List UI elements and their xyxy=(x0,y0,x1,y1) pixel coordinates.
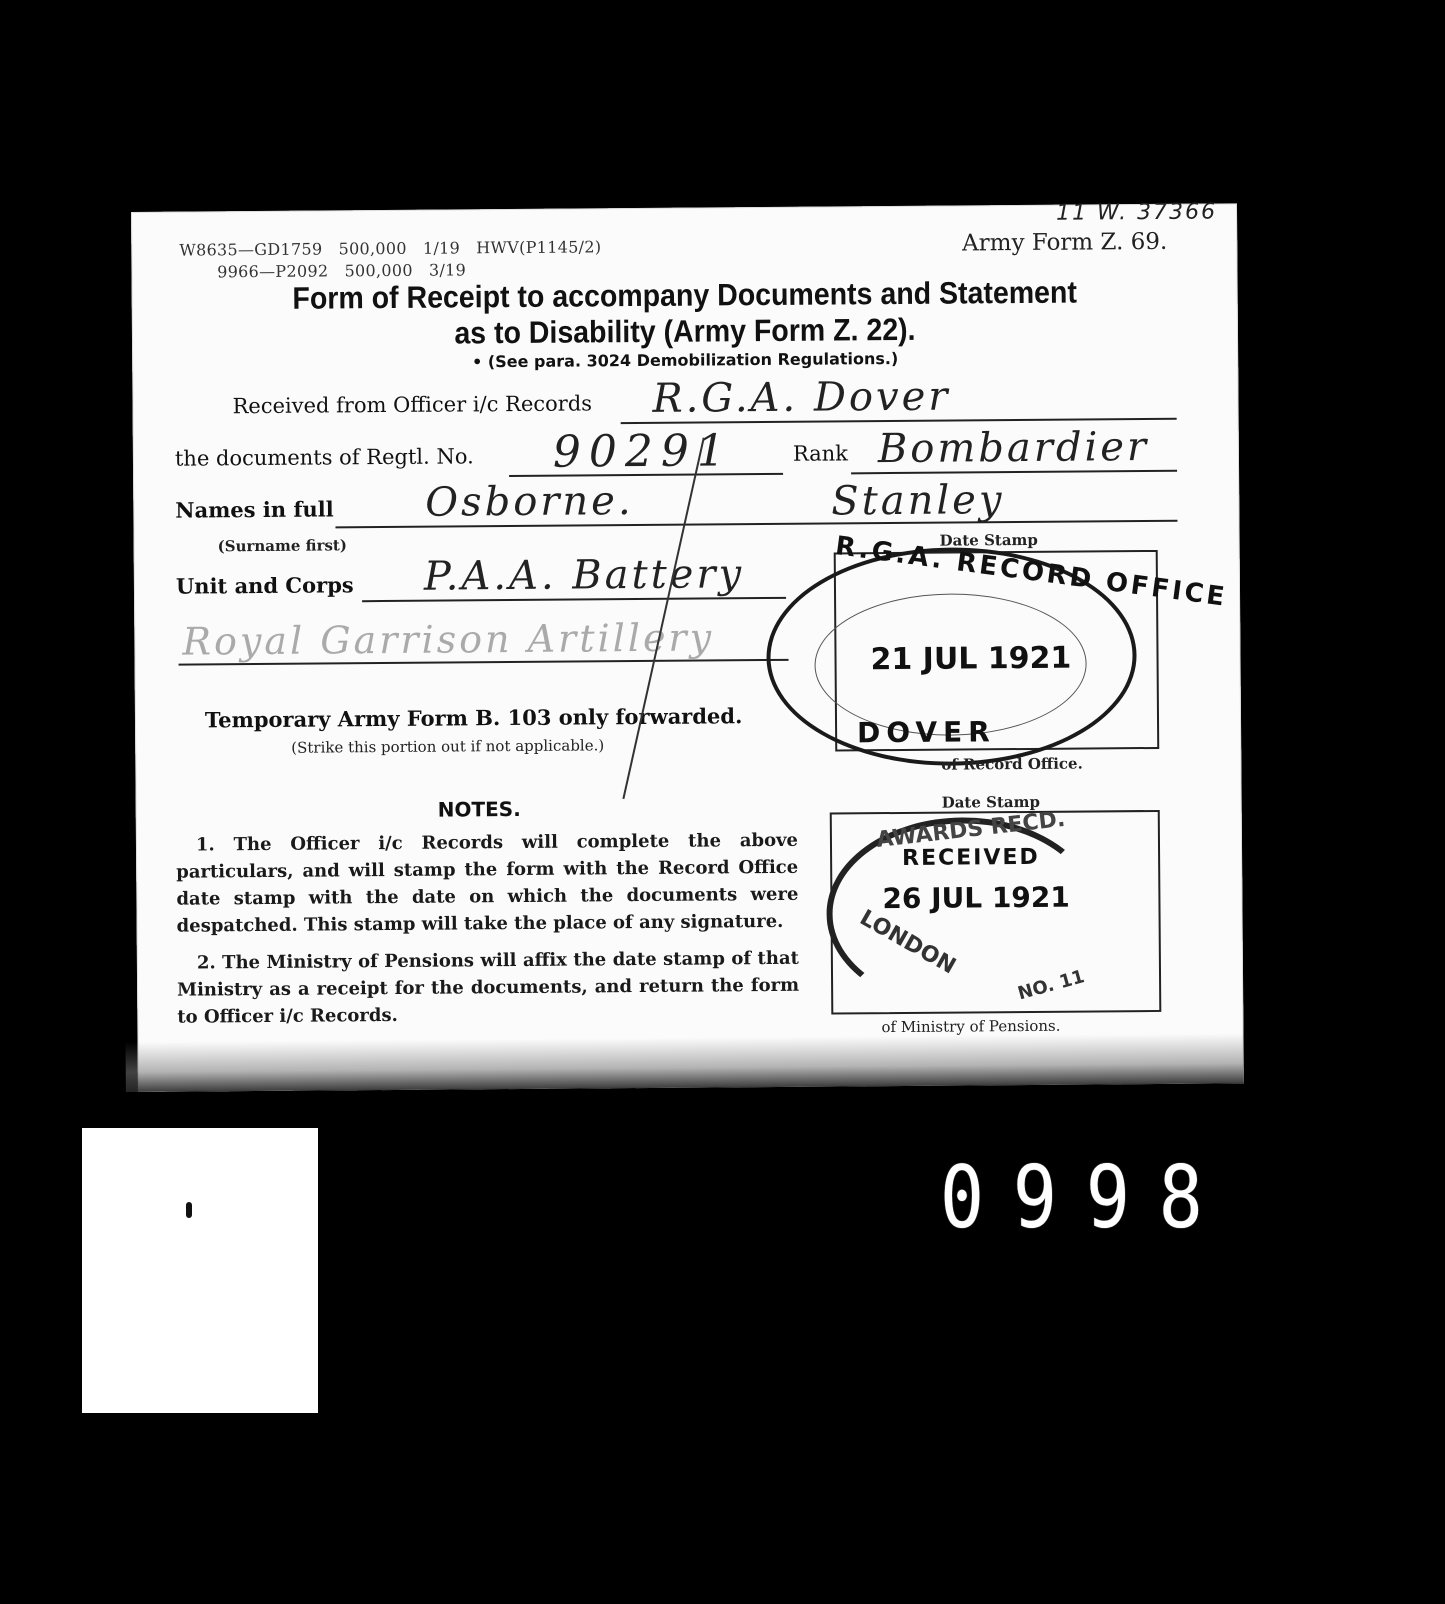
print-code-line-1: W8635—GD1759 500,000 1/19 HWV(P1145/2) xyxy=(179,237,601,259)
print-code: W8635—GD1759 500,000 1/19 HWV(P1145/2) 9… xyxy=(179,236,601,283)
surname-first-hint: (Surname first) xyxy=(218,536,347,555)
ministry-stamp-received: RECEIVED xyxy=(902,845,1040,871)
rank-value: Bombardier xyxy=(878,424,1150,472)
record-office-stamp-date: 21 JUL 1921 xyxy=(870,641,1071,678)
strike-note: (Strike this portion out if not applicab… xyxy=(291,736,604,756)
frame-counter: 0998 xyxy=(940,1148,1232,1248)
temporary-form-note: Temporary Army Form B. 103 only forwarde… xyxy=(205,703,743,732)
blank-target-slip xyxy=(82,1128,318,1413)
ministry-stamp-caption-top: Date Stamp xyxy=(942,793,1040,812)
record-office-stamp-caption-bottom: of Record Office. xyxy=(941,755,1083,774)
title-line-1: Form of Receipt to accompany Documents a… xyxy=(213,274,1157,317)
forename-value: Stanley xyxy=(831,477,1005,524)
note-1: 1. The Officer i/c Records will complete… xyxy=(176,827,799,940)
regtl-no-value: 90291 xyxy=(553,425,733,477)
regtl-no-label: the documents of Regtl. No. xyxy=(175,444,474,470)
army-form-z69-document: W8635—GD1759 500,000 1/19 HWV(P1145/2) 9… xyxy=(131,203,1244,1092)
names-label: Names in full xyxy=(175,496,334,522)
surname-value: Osborne. xyxy=(425,478,634,526)
note-2: 2. The Ministry of Pensions will affix t… xyxy=(177,945,800,1031)
ministry-stamp-caption-bottom: of Ministry of Pensions. xyxy=(881,1017,1060,1036)
record-office-stamp-ring-bottom: DOVER xyxy=(857,715,996,749)
received-from-value: R.G.A. Dover xyxy=(652,374,950,422)
rank-label: Rank xyxy=(793,441,848,465)
form-number: Army Form Z. 69. xyxy=(962,229,1167,257)
unit-value: P.A.A. Battery xyxy=(424,551,745,600)
print-code-line-2: 9966—P2092 500,000 3/19 xyxy=(217,260,466,281)
received-from-label: Received from Officer i/c Records xyxy=(232,391,592,418)
form-title: Form of Receipt to accompany Documents a… xyxy=(213,274,1157,353)
ministry-stamp-date: 26 JUL 1921 xyxy=(882,881,1070,915)
corps-value: Royal Garrison Artillery xyxy=(182,615,714,663)
notes-heading: NOTES. xyxy=(438,797,521,822)
handwritten-reference: 11 W. 37366 xyxy=(1056,199,1217,225)
slip-mark xyxy=(186,1202,192,1218)
title-line-2: as to Disability (Army Form Z. 22). xyxy=(213,310,1157,353)
unit-label: Unit and Corps xyxy=(176,572,354,598)
